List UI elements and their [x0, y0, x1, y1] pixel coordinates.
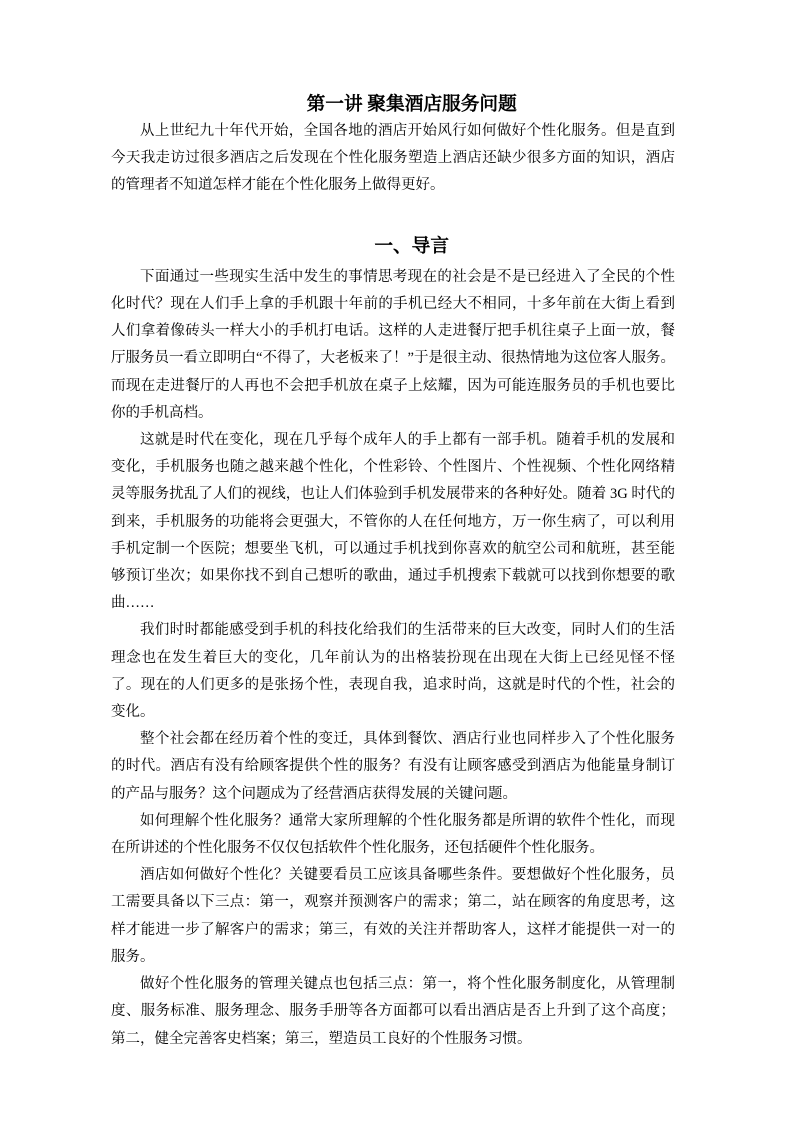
section-paragraph-1: 下面通过一些现实生活中发生的事情思考现在的社会是不是已经进入了全民的个性化时代？… [111, 264, 675, 427]
section-heading: 一、导言 [111, 233, 675, 260]
document-page: 第一讲 聚集酒店服务问题 从上世纪九十年代开始，全国各地的酒店开始风行如何做好个… [0, 0, 794, 1123]
section-paragraph-2: 这就是时代在变化，现在几乎每个成年人的手上都有一部手机。随着手机的发展和变化，手… [111, 427, 675, 617]
section-paragraph-7: 做好个性化服务的管理关键点也包括三点：第一，将个性化服务制度化，从管理制度、服务… [111, 971, 675, 1053]
document-title: 第一讲 聚集酒店服务问题 [111, 91, 675, 118]
section-paragraph-4: 整个社会都在经历着个性的变迁，具体到餐饮、酒店行业也同样步入了个性化服务的时代。… [111, 726, 675, 808]
section-paragraph-6: 酒店如何做好个性化？关键要看员工应该具备哪些条件。要想做好个性化服务，员工需要具… [111, 862, 675, 971]
intro-paragraph: 从上世纪九十年代开始，全国各地的酒店开始风行如何做好个性化服务。但是直到今天我走… [111, 118, 675, 200]
section-paragraph-3: 我们时时都能感受到手机的科技化给我们的生活带来的巨大改变，同时人们的生活理念也在… [111, 617, 675, 726]
section-paragraph-5: 如何理解个性化服务？通常大家所理解的个性化服务都是所谓的软件个性化，而现在所讲述… [111, 808, 675, 862]
